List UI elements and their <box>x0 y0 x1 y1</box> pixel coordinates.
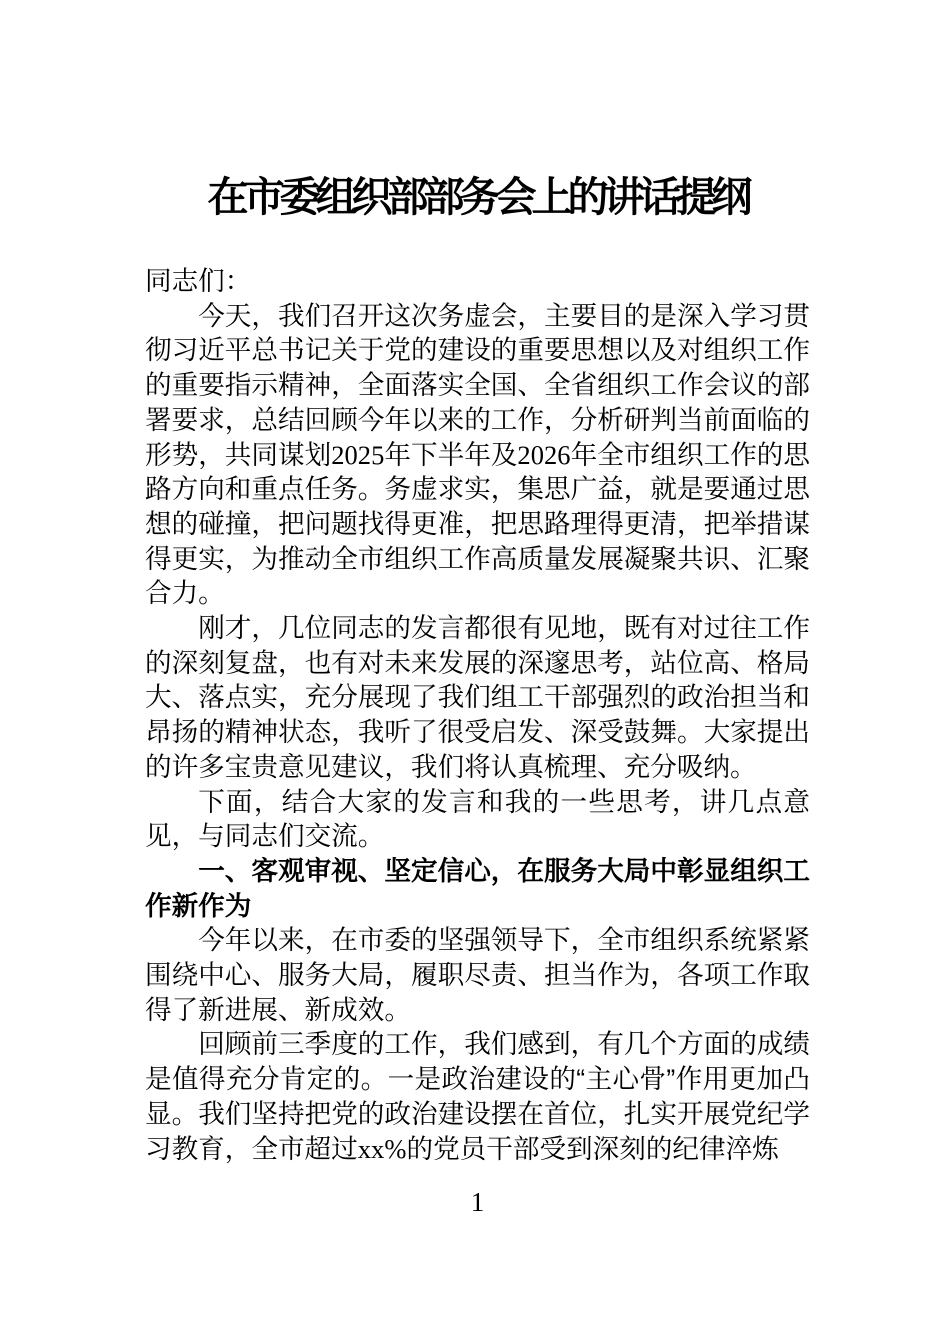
document-page: 在市委组织部部务会上的讲话提纲 同志们： 今天，我们召开这次务虚会，主要目的是深… <box>0 0 950 1344</box>
page-number: 1 <box>145 1186 810 1218</box>
paragraph-speech-comments: 刚才，几位同志的发言都很有见地，既有对过往工作的深刻复盘，也有对未来发展的深邃思… <box>145 611 810 785</box>
document-body: 同志们： 今天，我们召开这次务虚会，主要目的是深入学习贯彻习近平总书记关于党的建… <box>145 264 810 1166</box>
paragraph-meeting-purpose: 今天，我们召开这次务虚会，主要目的是深入学习贯彻习近平总书记关于党的建设的重要思… <box>145 299 810 611</box>
paragraph-achievements: 回顾前三季度的工作，我们感到，有几个方面的成绩是值得充分肯定的。一是政治建设的“… <box>145 1027 810 1166</box>
salutation: 同志们： <box>145 264 810 299</box>
paragraph-transition: 下面，结合大家的发言和我的一些思考，讲几点意见，与同志们交流。 <box>145 785 810 854</box>
paragraph-year-review: 今年以来，在市委的坚强领导下，全市组织系统紧紧围绕中心、服务大局，履职尽责、担当… <box>145 923 810 1027</box>
section-one-heading: 一、客观审视、坚定信心，在服务大局中彰显组织工作新作为 <box>145 854 810 923</box>
document-title: 在市委组织部部务会上的讲话提纲 <box>145 170 810 224</box>
